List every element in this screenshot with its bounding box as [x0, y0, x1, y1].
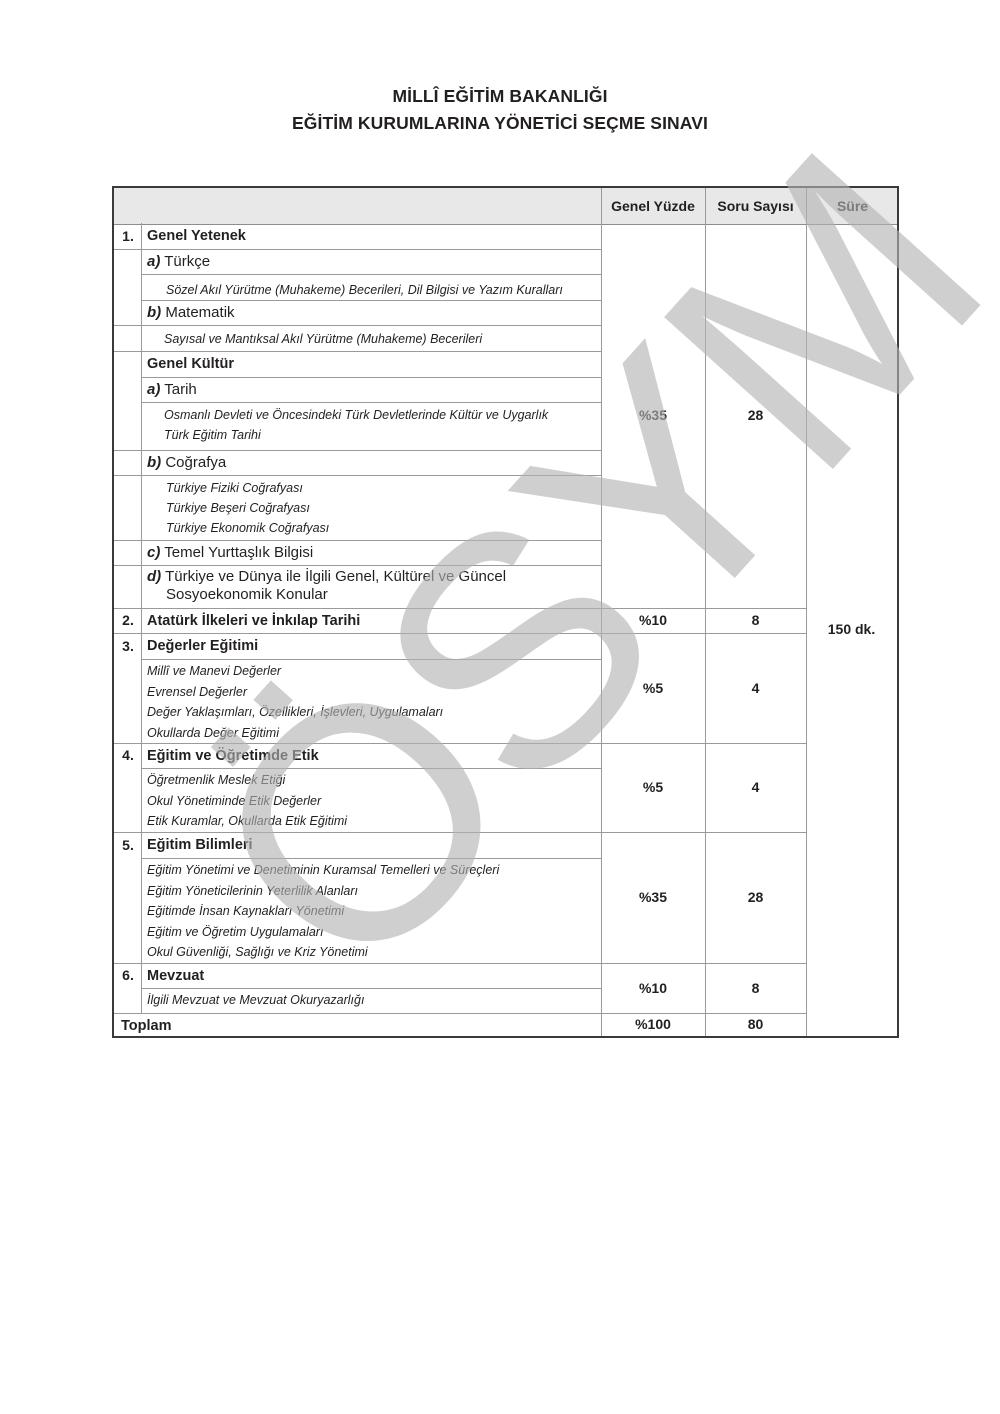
question-count: 28 — [705, 832, 806, 963]
topic-item: Sözel Akıl Yürütme (Muhakeme) Becerileri… — [166, 280, 563, 300]
section-title: Değerler Eğitimi — [147, 638, 258, 654]
question-count: 28 — [705, 223, 806, 608]
topic-item: Okul Yönetiminde Etik Değerler — [147, 791, 321, 811]
topic-item: Eğitimde İnsan Kaynakları Yönetimi — [147, 901, 344, 921]
subsection-title: b) Coğrafya — [147, 454, 226, 471]
total-label: Toplam — [121, 1018, 171, 1034]
row-divider — [141, 300, 601, 301]
group-title: Genel Kültür — [147, 356, 234, 372]
percent-value: %10 — [601, 963, 705, 1013]
row-divider — [141, 565, 601, 566]
duration-value: 150 dk. — [806, 223, 897, 1036]
percent-value: %10 — [601, 608, 705, 633]
subsection-title: c) Temel Yurttaşlık Bilgisi — [147, 544, 313, 561]
total-questions: 80 — [705, 1013, 806, 1036]
row-divider — [114, 475, 141, 476]
topic-item: Eğitim Yönetimi ve Denetiminin Kuramsal … — [147, 860, 499, 880]
section-number: 1. — [114, 223, 142, 249]
topic-item: Okullarda Değer Eğitimi — [147, 723, 279, 743]
column-header-duration: Süre — [806, 188, 899, 224]
topic-item: Öğretmenlik Meslek Etiği — [147, 770, 285, 790]
section-number: 5. — [114, 832, 142, 858]
row-divider — [141, 351, 601, 352]
section-title: Eğitim Bilimleri — [147, 837, 253, 853]
section-number: 3. — [114, 633, 142, 659]
percent-value: %5 — [601, 633, 705, 743]
question-count: 8 — [705, 608, 806, 633]
topic-item: Eğitim ve Öğretim Uygulamaları — [147, 922, 323, 942]
subsection-title: b) Matematik — [147, 304, 235, 321]
row-divider — [114, 325, 141, 326]
subsection-title: a) Tarih — [147, 381, 197, 398]
row-divider — [141, 402, 601, 403]
document-subtitle: EĞİTİM KURUMLARINA YÖNETİCİ SEÇME SINAVI — [0, 113, 1000, 134]
topic-item: Sayısal ve Mantıksal Akıl Yürütme (Muhak… — [164, 329, 482, 349]
row-divider — [114, 249, 141, 250]
topic-item: Türk Eğitim Tarihi — [164, 425, 261, 445]
topic-item: Türkiye Beşeri Coğrafyası — [166, 498, 310, 518]
percent-value: %5 — [601, 743, 705, 832]
section-title: Eğitim ve Öğretimde Etik — [147, 748, 319, 764]
row-divider — [141, 249, 601, 250]
section-number: 6. — [114, 963, 142, 988]
topic-item: Etik Kuramlar, Okullarda Etik Eğitimi — [147, 811, 347, 831]
total-percent: %100 — [601, 1013, 705, 1036]
row-divider — [114, 565, 141, 566]
topic-item: İlgili Mevzuat ve Mevzuat Okuryazarlığı — [147, 990, 364, 1010]
section-title: Mevzuat — [147, 968, 204, 984]
topic-item: Millî ve Manevi Değerler — [147, 661, 281, 681]
row-divider — [141, 540, 601, 541]
row-divider — [114, 540, 141, 541]
question-count: 4 — [705, 743, 806, 832]
section-number: 4. — [114, 743, 142, 768]
row-divider — [141, 988, 601, 989]
exam-content-table: Genel Yüzde Soru Sayısı Süre 1.Genel Yet… — [112, 186, 899, 1038]
row-divider — [141, 450, 601, 451]
topic-item: Değer Yaklaşımları, Özellikleri, İşlevle… — [147, 702, 443, 722]
topic-item: Evrensel Değerler — [147, 682, 247, 702]
question-count: 8 — [705, 963, 806, 1013]
row-divider — [141, 768, 601, 769]
column-header-percent: Genel Yüzde — [601, 188, 705, 224]
percent-value: %35 — [601, 223, 705, 608]
section-title: Genel Yetenek — [147, 228, 246, 244]
topic-item: Türkiye Fiziki Coğrafyası — [166, 478, 303, 498]
question-count: 4 — [705, 633, 806, 743]
row-divider — [141, 659, 601, 660]
row-divider — [141, 377, 601, 378]
topic-item: Osmanlı Devleti ve Öncesindeki Türk Devl… — [164, 405, 548, 425]
section-title: Atatürk İlkeleri ve İnkılap Tarihi — [147, 613, 360, 629]
topic-item: Okul Güvenliği, Sağlığı ve Kriz Yönetimi — [147, 942, 368, 962]
section-number: 2. — [114, 608, 142, 633]
percent-value: %35 — [601, 832, 705, 963]
row-divider — [141, 858, 601, 859]
row-divider — [141, 325, 601, 326]
topic-item: Türkiye Ekonomik Coğrafyası — [166, 518, 329, 538]
row-divider — [114, 450, 141, 451]
subsection-title: a) Türkçe — [147, 253, 210, 270]
subsection-title: d) Türkiye ve Dünya ile İlgili Genel, Kü… — [147, 568, 506, 585]
row-divider — [141, 475, 601, 476]
document-title: MİLLÎ EĞİTİM BAKANLIĞI — [0, 86, 1000, 107]
row-divider — [114, 351, 141, 352]
subsection-title-continued: Sosyoekonomik Konular — [166, 586, 328, 603]
column-header-questions: Soru Sayısı — [705, 188, 806, 224]
topic-item: Eğitim Yöneticilerinin Yeterlilik Alanla… — [147, 881, 358, 901]
row-divider — [141, 274, 601, 275]
